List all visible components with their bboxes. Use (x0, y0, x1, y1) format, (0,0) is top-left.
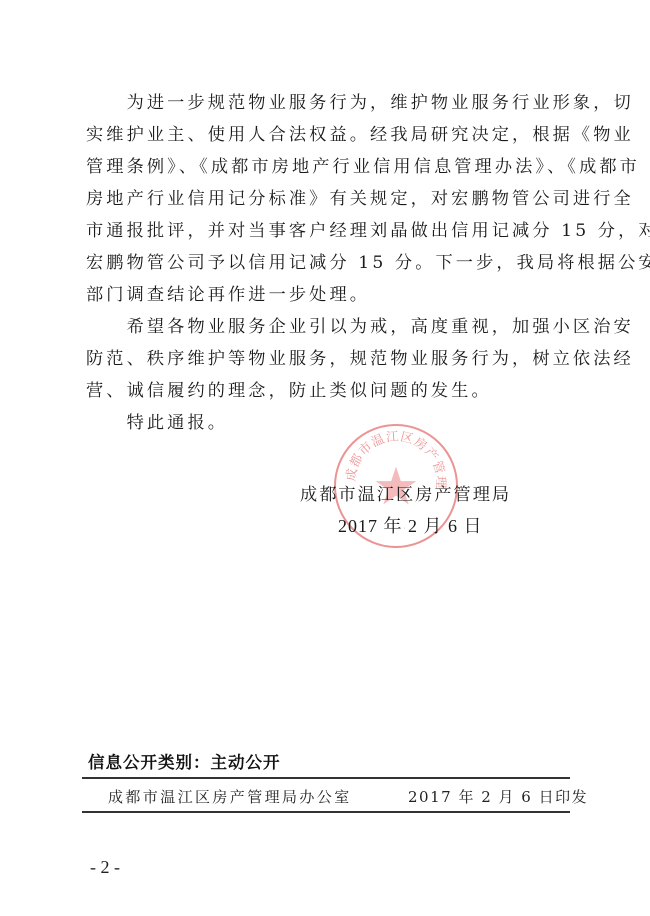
paragraph-1-line-7: 部门调查结论再作进一步处理。 (86, 280, 370, 305)
issuing-office: 成都市温江区房产管理局办公室 (108, 786, 352, 807)
paragraph-1-line-6: 宏鹏物管公司予以信用记减分 15 分。下一步，我局将根据公安 (86, 248, 650, 273)
footer-divider-top (82, 777, 570, 779)
paragraph-1-line-2: 实维护业主、使用人合法权益。经我局研究决定，根据《物业 (86, 120, 634, 145)
paragraph-3-line-1: 特此通报。 (86, 408, 228, 433)
paragraph-2-line-2: 防范、秩序维护等物业服务，规范物业服务行为，树立依法经 (86, 344, 634, 369)
paragraph-2-line-1: 希望各物业服务企业引以为戒，高度重视，加强小区治安 (86, 312, 634, 337)
paragraph-1-line-1: 为进一步规范物业服务行为，维护物业服务行业形象，切 (86, 88, 634, 113)
signature-organization: 成都市温江区房产管理局 (300, 480, 511, 505)
paragraph-2-line-3: 营、诚信履约的理念，防止类似问题的发生。 (86, 376, 492, 401)
paragraph-1-line-3: 管理条例》、《成都市房地产行业信用信息管理办法》、《成都市 (86, 152, 640, 177)
footer-divider-bottom (82, 811, 570, 813)
page-number: - 2 - (90, 857, 120, 878)
issue-date: 2017 年 2 月 6 日印发 (408, 786, 588, 807)
disclosure-category: 信息公开类别：主动公开 (88, 749, 281, 773)
paragraph-1-line-5: 市通报批评，并对当事客户经理刘晶做出信用记减分 15 分，对 (86, 216, 650, 241)
signature-date: 2017 年 2 月 6 日 (338, 512, 483, 538)
paragraph-1-line-4: 房地产行业信用记分标准》有关规定，对宏鹏物管公司进行全 (86, 184, 634, 209)
